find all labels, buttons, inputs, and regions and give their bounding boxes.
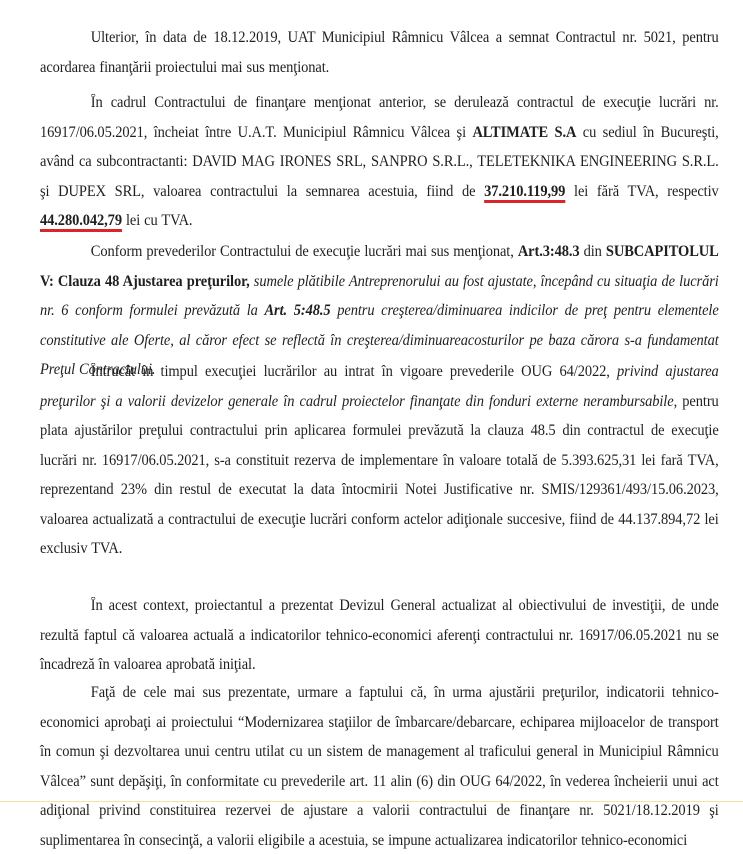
text-segment: Faţă de cele mai sus prezentate, urmare … — [40, 684, 719, 849]
text-segment: În acest context, proiectantul a prezent… — [40, 597, 719, 673]
paragraph-execution-contract: În cadrul Contractului de finanţare menţ… — [40, 88, 719, 236]
paragraph-conclusion: Faţă de cele mai sus prezentate, urmare … — [40, 678, 719, 854]
paragraph-oug-64-2022: Întrucât în timpul execuţiei lucrărilor … — [40, 357, 719, 564]
text-segment: Art. 5:48.5 — [264, 302, 330, 319]
paragraph-contract-signing: Ulterior, în data de 18.12.2019, UAT Mun… — [40, 23, 719, 82]
text-segment: din — [580, 243, 606, 260]
paragraph-general-estimate: În acest context, proiectantul a prezent… — [40, 591, 719, 680]
document-page: Ulterior, în data de 18.12.2019, UAT Mun… — [0, 0, 743, 854]
highlight-line — [0, 801, 743, 802]
text-segment: Art.3:48.3 — [518, 243, 580, 260]
text-segment: lei cu TVA. — [122, 212, 192, 229]
underlined-amount: 44.280.042,79 — [40, 212, 122, 229]
text-segment: Întrucât în timpul execuţiei lucrărilor … — [91, 363, 617, 380]
text-segment: Ulterior, în data de 18.12.2019, UAT Mun… — [40, 29, 719, 76]
underlined-amount: 37.210.119,99 — [484, 183, 565, 200]
text-segment: Conform prevederilor Contractului de exe… — [91, 243, 518, 260]
text-segment: lei fără TVA, respectiv — [565, 183, 718, 200]
text-segment: , pentru plata ajustărilor preţului cont… — [40, 393, 719, 558]
text-segment: ALTIMATE S.A — [472, 124, 576, 141]
